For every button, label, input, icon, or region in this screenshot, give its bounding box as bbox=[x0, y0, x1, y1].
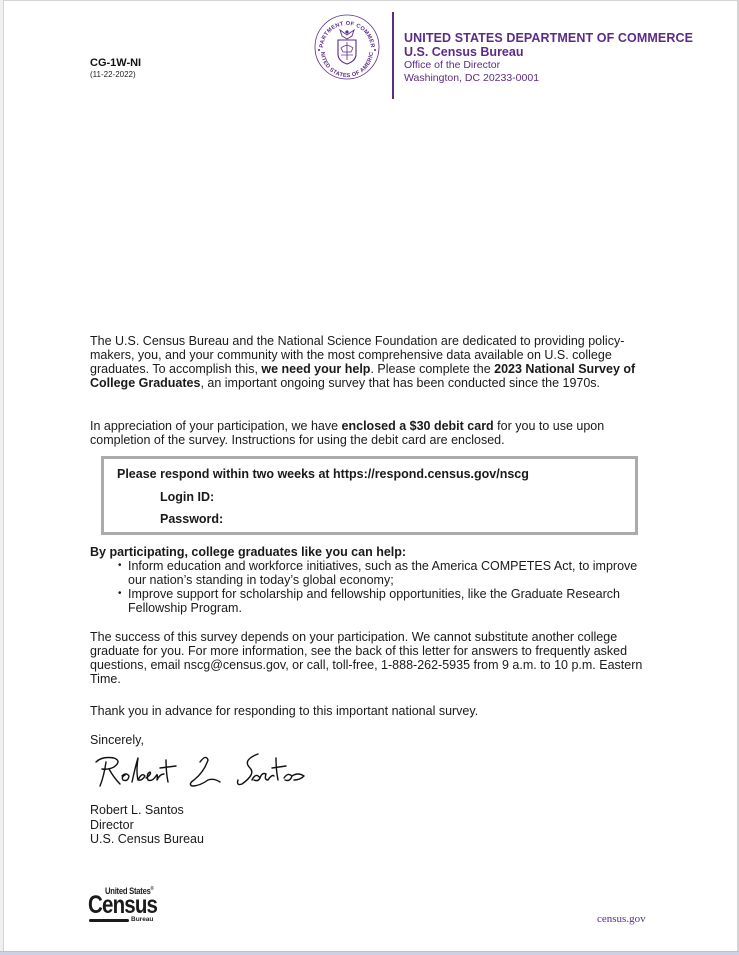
page-edge-top bbox=[0, 0, 739, 1]
signer-organization: U.S. Census Bureau bbox=[90, 832, 204, 847]
intro-emphasis: we need your help bbox=[261, 362, 370, 376]
signer-title: Director bbox=[90, 818, 204, 833]
page-edge-bottom bbox=[0, 951, 739, 955]
form-code: CG-1W-NI bbox=[90, 57, 141, 69]
login-id-label: Login ID: bbox=[160, 490, 214, 504]
intro-text-2: . Please complete the bbox=[370, 362, 494, 376]
incentive-text: In appreciation of your participation, w… bbox=[90, 419, 342, 433]
census-bureau-logo: United States® Census Bureau bbox=[88, 886, 178, 926]
page-edge-left bbox=[0, 0, 4, 952]
contact-paragraph: The success of this survey depends on yo… bbox=[90, 630, 650, 686]
letterhead: UNITED STATES DEPARTMENT OF COMMERCE U.S… bbox=[404, 31, 693, 85]
intro-paragraph: The U.S. Census Bureau and the National … bbox=[90, 334, 650, 390]
incentive-paragraph: In appreciation of your participation, w… bbox=[90, 419, 650, 447]
salutation: Sincerely, bbox=[90, 733, 144, 747]
logo-census-wordmark: Census bbox=[88, 892, 157, 918]
logo-bureau-text: Bureau bbox=[131, 916, 153, 923]
footer-website-link[interactable]: census.gov bbox=[597, 913, 646, 925]
password-label: Password: bbox=[160, 512, 223, 526]
signer-name: Robert L. Santos bbox=[90, 803, 204, 818]
logo-bar bbox=[89, 919, 129, 922]
respond-box: Please respond within two weeks at https… bbox=[101, 456, 638, 535]
office-name: Office of the Director bbox=[404, 59, 693, 72]
signer-block: Robert L. Santos Director U.S. Census Bu… bbox=[90, 803, 204, 847]
department-of-commerce-seal-icon: DEPARTMENT OF COMMERCE UNITED STATES OF … bbox=[313, 13, 381, 81]
help-heading: By participating, college graduates like… bbox=[90, 545, 406, 559]
list-item: Improve support for scholarship and fell… bbox=[118, 587, 638, 615]
form-identifier: CG-1W-NI (11-22-2022) bbox=[90, 57, 141, 79]
form-date: (11-22-2022) bbox=[90, 70, 141, 79]
letterhead-divider bbox=[392, 12, 394, 99]
office-address: Washington, DC 20233-0001 bbox=[404, 72, 693, 85]
benefits-list: Inform education and workforce initiativ… bbox=[118, 559, 638, 615]
respond-instruction: Please respond within two weeks at https… bbox=[117, 467, 529, 481]
signature-icon bbox=[92, 750, 307, 794]
department-name: UNITED STATES DEPARTMENT OF COMMERCE bbox=[404, 31, 693, 45]
intro-text-3: , an important ongoing survey that has b… bbox=[200, 376, 600, 390]
incentive-emphasis: enclosed a $30 debit card bbox=[342, 419, 494, 433]
list-item: Inform education and workforce initiativ… bbox=[118, 559, 638, 587]
bureau-name: U.S. Census Bureau bbox=[404, 45, 693, 59]
svg-text:DEPARTMENT OF COMMERCE: DEPARTMENT OF COMMERCE bbox=[313, 13, 375, 48]
thank-you-paragraph: Thank you in advance for responding to t… bbox=[90, 704, 650, 718]
